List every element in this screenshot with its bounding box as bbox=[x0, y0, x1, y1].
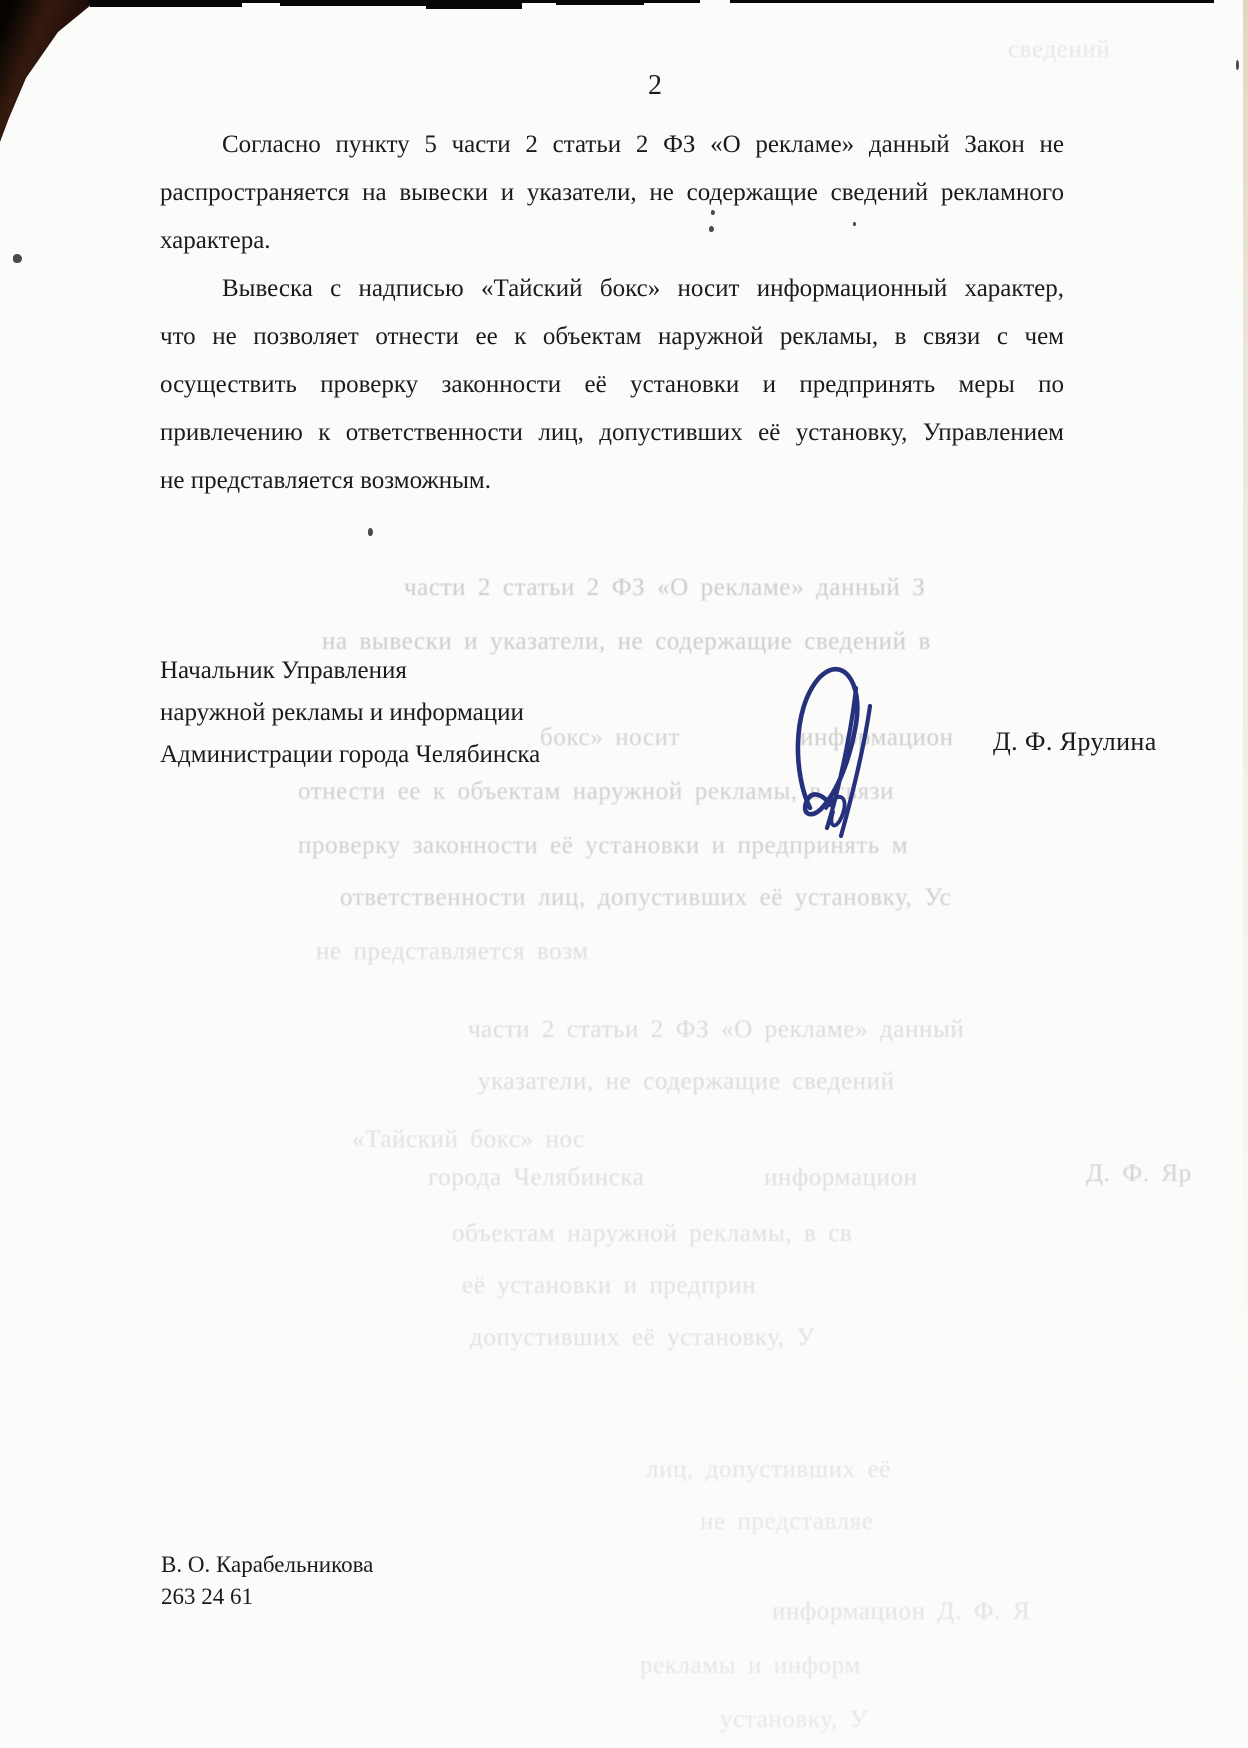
signer-title-line: Администрации города Челябинска bbox=[160, 734, 540, 776]
handwritten-signature-icon bbox=[790, 658, 886, 838]
paragraph-line: Согласно пункту 5 части 2 статьи 2 ФЗ «О… bbox=[160, 121, 1064, 169]
ghost-text-fragment: бокс» носит bbox=[540, 724, 680, 752]
ghost-text-fragment: объектам наружной рекламы, в св bbox=[452, 1220, 852, 1248]
ghost-text-fragment: сведений bbox=[1008, 36, 1110, 64]
body-paragraphs: Согласно пункту 5 части 2 статьи 2 ФЗ «О… bbox=[160, 121, 1064, 505]
scan-speck bbox=[709, 226, 714, 232]
paragraph-line: не представляется возможным. bbox=[160, 457, 1064, 505]
ghost-text-fragment: информацион bbox=[764, 1164, 918, 1192]
ghost-text-fragment: не представляется возм bbox=[316, 938, 589, 966]
ghost-text-fragment: её установки и предприн bbox=[462, 1272, 756, 1300]
ghost-text-fragment: информацион Д. Ф. Я bbox=[772, 1598, 1030, 1626]
ghost-text-fragment: допустивших её установку, У bbox=[470, 1324, 815, 1352]
executor-phone: 263 24 61 bbox=[161, 1581, 373, 1613]
signer-title-line: наружной рекламы и информации bbox=[160, 692, 540, 734]
scan-right-edge bbox=[1243, 0, 1248, 1748]
scan-speck bbox=[853, 222, 856, 226]
scan-edge-strip bbox=[90, 0, 242, 7]
signature-block: Начальник Управления наружной рекламы и … bbox=[160, 650, 540, 776]
ghost-text-fragment: части 2 статьи 2 ФЗ «О рекламе» данный bbox=[468, 1016, 964, 1044]
ghost-text-fragment: Д. Ф. Яр bbox=[1086, 1160, 1192, 1188]
paragraph-line: Вывеска с надписью «Тайский бокс» носит … bbox=[160, 265, 1064, 313]
ghost-text-fragment: установку, У bbox=[720, 1706, 868, 1734]
executor-name: В. О. Карабельникова bbox=[161, 1549, 373, 1581]
scan-speck bbox=[368, 528, 373, 536]
ghost-text-fragment: лиц, допустивших её bbox=[646, 1456, 891, 1484]
footer-executor-block: В. О. Карабельникова 263 24 61 bbox=[161, 1549, 373, 1613]
scanned-document-page: { "document": { "page_number": "2", "bod… bbox=[0, 0, 1248, 1748]
scan-edge-strip bbox=[426, 0, 522, 9]
signer-title-line: Начальник Управления bbox=[160, 650, 540, 692]
paragraph-line: осуществить проверку законности её устан… bbox=[160, 361, 1064, 409]
ghost-text-fragment: рекламы и информ bbox=[640, 1652, 861, 1680]
signer-name: Д. Ф. Ярулина bbox=[993, 727, 1157, 757]
paragraph-line: что не позволяет отнести ее к объектам н… bbox=[160, 313, 1064, 361]
scan-edge-strip bbox=[556, 0, 644, 5]
ghost-text-fragment: указатели, не содержащие сведений bbox=[478, 1068, 895, 1096]
ghost-text-fragment: не представляе bbox=[700, 1508, 873, 1536]
scan-edge-strip bbox=[730, 0, 1214, 3]
ghost-text-fragment: ответственности лиц, допустивших её уста… bbox=[340, 884, 951, 912]
ghost-text-fragment: «Тайский бокс» нос bbox=[352, 1126, 585, 1154]
scan-speck bbox=[13, 254, 22, 263]
ghost-text-fragment: города Челябинска bbox=[428, 1164, 644, 1192]
paragraph-line: привлечению к ответственности лиц, допус… bbox=[160, 409, 1064, 457]
scan-speck bbox=[1236, 60, 1239, 70]
scan-speck bbox=[711, 210, 715, 215]
paragraph-line: распространяется на вывески и указатели,… bbox=[160, 169, 1064, 217]
page-number: 2 bbox=[648, 70, 663, 102]
ghost-text-fragment: части 2 статьи 2 ФЗ «О рекламе» данный З bbox=[404, 574, 925, 602]
paragraph-line: характера. bbox=[160, 217, 1064, 265]
